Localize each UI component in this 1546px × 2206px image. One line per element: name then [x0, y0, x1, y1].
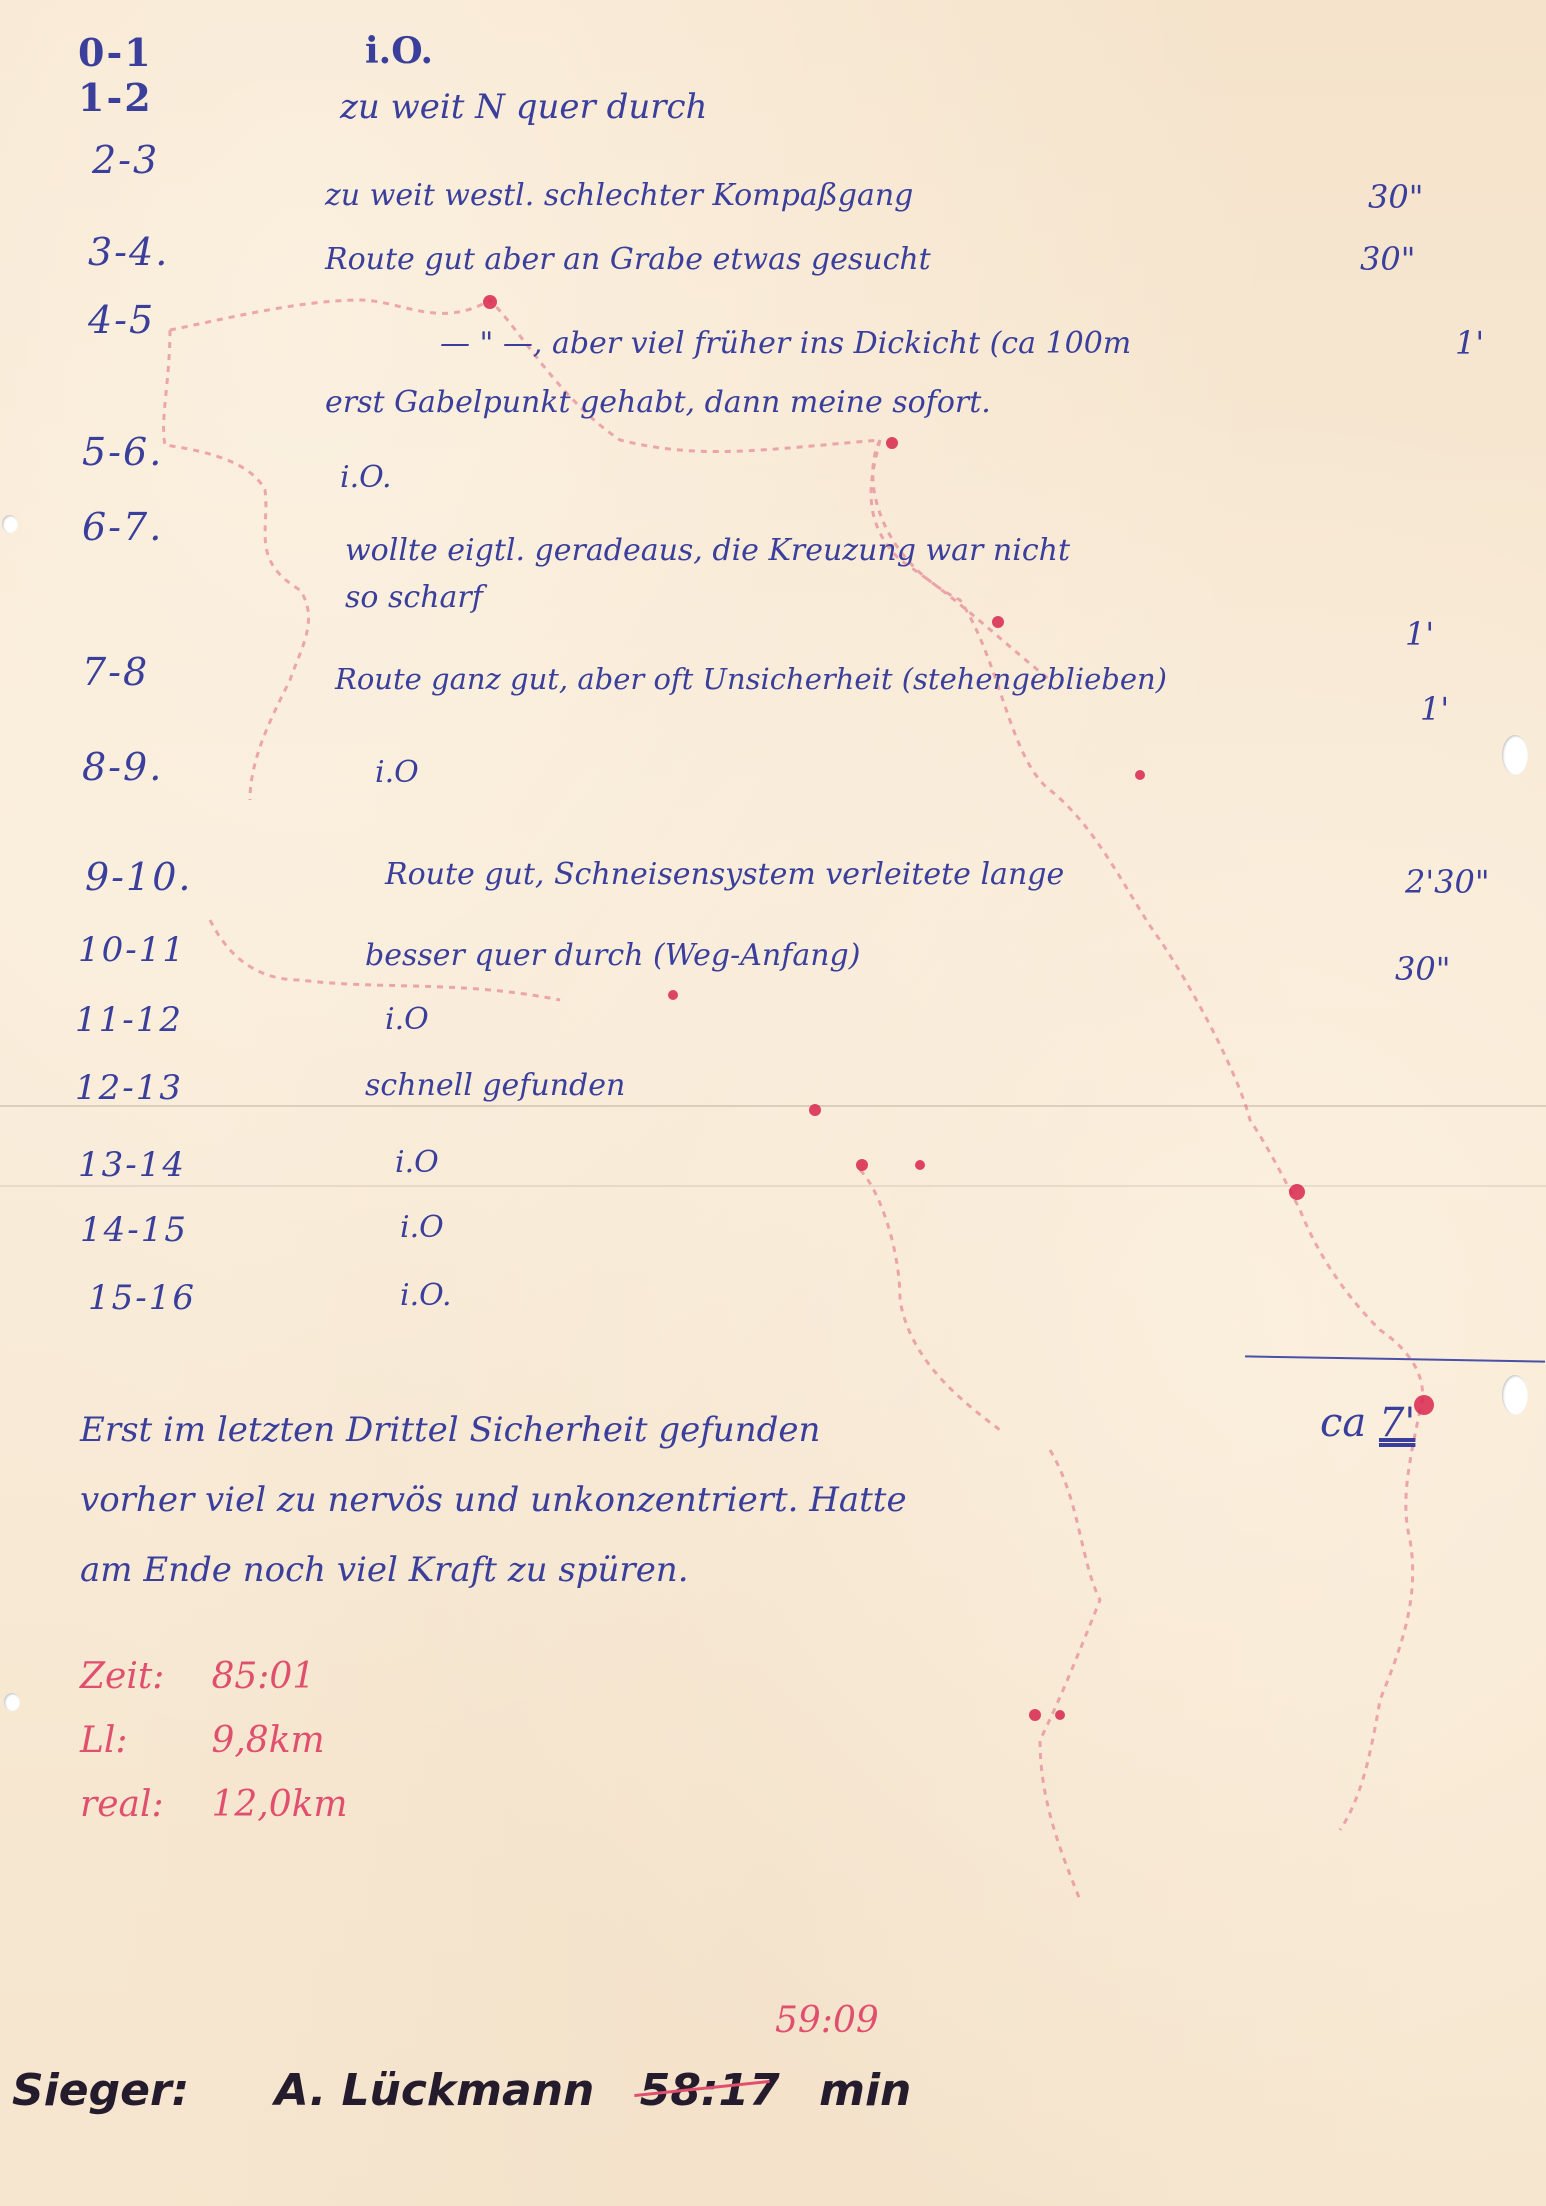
stat-value: 9,8km — [211, 1720, 324, 1761]
leg-note: i.O — [395, 1145, 439, 1180]
stat-time: Zeit: 85:01 — [80, 1645, 348, 1709]
leg-number: 10-11 — [78, 930, 186, 970]
leg-note: — " —, aber viel früher ins Dickicht (ca… — [440, 326, 1131, 361]
stat-real-distance: real: 12,0km — [80, 1773, 348, 1837]
winner-name: A. Lückmann — [275, 2065, 595, 2116]
leg-note: i.O — [375, 755, 419, 790]
leg-number: 3-4. — [88, 230, 169, 274]
punch-hole — [2, 515, 18, 533]
punch-hole — [1502, 1375, 1528, 1415]
total-value: 7' — [1379, 1400, 1415, 1446]
leg-number: 7-8 — [82, 650, 149, 694]
leg-number: 1-2 — [78, 75, 153, 120]
leg-note: Route gut, Schneisensystem verleitete la… — [385, 857, 1064, 892]
leg-note: i.O — [400, 1210, 444, 1245]
leg-time-loss: 2'30" — [1405, 863, 1490, 901]
leg-note: i.O. — [340, 460, 392, 495]
leg-number: 11-12 — [75, 1000, 183, 1040]
leg-number: 2-3 — [92, 138, 159, 182]
leg-time-loss: 30" — [1368, 178, 1423, 216]
summary-line: vorher viel zu nervös und unkonzentriert… — [80, 1465, 907, 1535]
leg-number: 5-6. — [82, 430, 163, 474]
leg-note: Route gut aber an Grabe etwas gesucht — [325, 242, 931, 277]
winner-line: Sieger: A. Lückmann 58:17 min — [12, 2065, 911, 2116]
summary-paragraph: Erst im letzten Drittel Sicherheit gefun… — [80, 1395, 907, 1605]
fold-crease — [0, 1105, 1546, 1107]
stat-value: 12,0km — [211, 1784, 347, 1825]
leg-time-loss: 30" — [1395, 950, 1450, 988]
leg-number: 13-14 — [78, 1145, 186, 1185]
fold-crease — [0, 1185, 1546, 1187]
leg-number: 12-13 — [75, 1068, 183, 1108]
winner-time-unit: min — [819, 2065, 911, 2116]
leg-note: i.O. — [400, 1278, 452, 1313]
leg-note: i.O — [385, 1002, 429, 1037]
leg-note: schnell gefunden — [365, 1068, 625, 1103]
summary-line: Erst im letzten Drittel Sicherheit gefun… — [80, 1395, 907, 1465]
stat-label: Zeit: — [80, 1645, 200, 1709]
leg-number: 6-7. — [82, 505, 163, 549]
punch-hole — [1502, 735, 1528, 775]
total-prefix: ca — [1320, 1400, 1366, 1446]
winner-label: Sieger: — [12, 2065, 189, 2116]
winner-original-time: 58:17 — [640, 2065, 780, 2116]
leg-number: 15-16 — [88, 1278, 196, 1318]
stat-distance: Ll: 9,8km — [80, 1709, 348, 1773]
leg-number: 14-15 — [80, 1210, 188, 1250]
summary-line: am Ende noch viel Kraft zu spüren. — [80, 1535, 907, 1605]
leg-note: i.O. — [365, 30, 433, 72]
paper-sheet: 0-1 i.O. 1-2 zu weit N quer durch 2-3 zu… — [0, 0, 1546, 2206]
leg-note: besser quer durch (Weg-Anfang) — [365, 938, 860, 973]
leg-note: wollte eigtl. geradeaus, die Kreuzung wa… — [345, 533, 1070, 568]
leg-note: zu weit N quer durch — [340, 87, 707, 127]
stat-label: Ll: — [80, 1709, 200, 1773]
leg-number: 0-1 — [78, 30, 153, 75]
leg-time-loss: 1' — [1420, 690, 1449, 728]
punch-hole — [4, 1693, 20, 1711]
leg-note: zu weit westl. schlechter Kompaßgang — [325, 178, 913, 213]
leg-number: 8-9. — [82, 745, 163, 789]
leg-number: 4-5 — [88, 298, 155, 342]
stat-label: real: — [80, 1773, 200, 1837]
total-time-loss: ca 7' — [1320, 1400, 1415, 1446]
corrected-winner-time: 59:09 — [775, 2000, 879, 2041]
run-stats: Zeit: 85:01 Ll: 9,8km real: 12,0km — [80, 1645, 348, 1837]
leg-time-loss: 30" — [1360, 240, 1415, 278]
leg-note: Route ganz gut, aber oft Unsicherheit (s… — [335, 662, 1167, 696]
leg-number: 9-10. — [85, 855, 192, 899]
leg-time-loss: 1' — [1405, 615, 1434, 653]
leg-time-loss: 1' — [1455, 324, 1484, 362]
stat-value: 85:01 — [211, 1656, 315, 1697]
leg-note: erst Gabelpunkt gehabt, dann meine sofor… — [325, 385, 991, 420]
total-divider-line — [1245, 1355, 1545, 1362]
leg-note: so scharf — [345, 580, 483, 615]
